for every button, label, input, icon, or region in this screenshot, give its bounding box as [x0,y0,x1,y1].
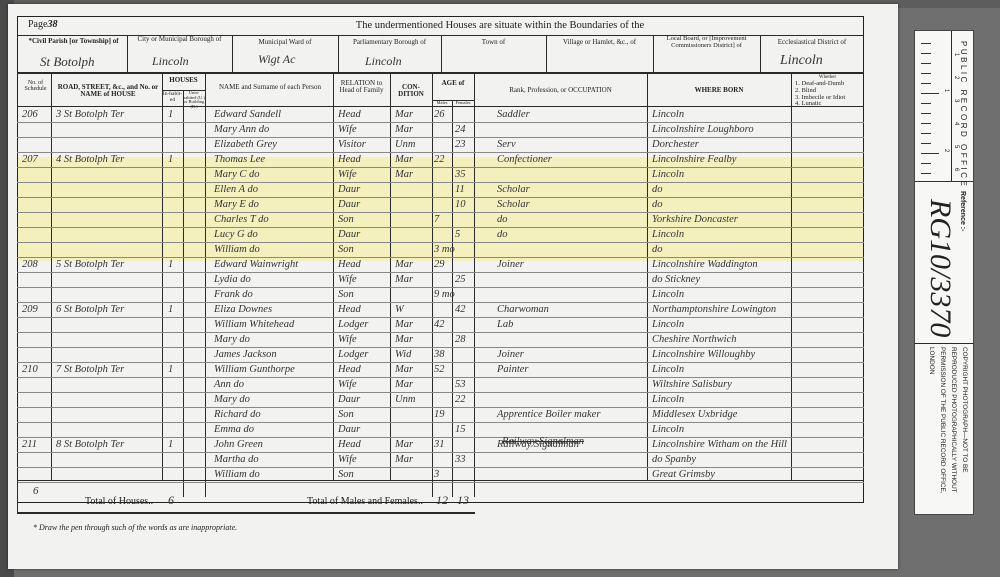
row-rule [17,347,864,348]
totals-schedules-mark: 6 [33,486,39,497]
cell-where-born: do Stickney [652,275,700,286]
row-rule [17,212,864,213]
col-header-occupation: Rank, Profession, or OCCUPATION [474,87,647,94]
cell-condition: Mar [395,110,413,121]
cell-occupation: Saddler [497,110,530,121]
cell-where-born: Lincoln [652,290,684,301]
row-rule [17,422,864,423]
cell-name: Lucy G do [214,230,258,241]
totals-males: 12 [436,494,448,506]
cell-female-age: 33 [455,455,466,466]
boundary-label-local-board: Local Board, or [Improvement Commissione… [653,36,760,50]
col-header-road: ROAD, STREET, &c., and No. or NAME of HO… [56,84,160,99]
row-rule [17,137,864,138]
rule [17,480,18,513]
row-rule [17,242,864,243]
cell-where-born: do Spanby [652,455,696,466]
cell-relation: Wife [338,125,357,136]
cell-where-born: Lincolnshire Witham on the Hill [652,440,787,451]
cell-schedule: 209 [22,305,38,316]
rule [17,106,864,107]
ruler-tick [921,43,931,44]
cell-where-born: do [652,200,663,211]
row-rule [17,437,864,438]
cell-relation: Head [338,155,361,166]
cell-where-born: Lincoln [652,425,684,436]
col-header-disabilities: 1. Deaf-and-Dumb 2. Blind 3. Imbecile or… [795,81,865,108]
cell-condition: Unm [395,395,415,406]
cell-female-age: 42 [455,305,466,316]
rule [17,72,864,74]
office-name: PUBLIC RECORD OFFICE [959,41,968,188]
cell-condition: Mar [395,275,413,286]
cell-inhabited: 1 [168,440,173,451]
cell-where-born: Lincolnshire Loughboro [652,125,754,136]
title-banner: The undermentioned Houses are situate wi… [300,20,700,31]
cell-female-age: 35 [455,170,466,181]
cell-name: Charles T do [214,215,269,226]
rule [51,74,52,480]
row-rule [17,197,864,198]
col-header-condition: CON-DITION [390,84,432,99]
cell-condition: Mar [395,440,413,451]
cell-name: William do [214,245,260,256]
cell-female-age: 28 [455,335,466,346]
cell-female-age: 10 [455,200,466,211]
cell-male-age: 52 [434,365,445,376]
ruler-tick [921,173,931,174]
cell-name: William Gunthorpe [214,365,295,376]
row-rule [17,407,864,408]
struck-occupation: Railway Signalman [502,437,584,448]
cell-where-born: Lincoln [652,365,684,376]
col-header-age: AGE of [432,80,474,87]
boundary-label-parliamentary: Parliamentary Borough of [338,39,441,46]
cell-name: Thomas Lee [214,155,265,166]
col-header-houses: HOUSES [162,77,205,84]
cell-occupation: do [497,215,508,226]
ruler-tick [921,73,931,74]
row-rule [17,392,864,393]
cell-road: 3 St Botolph Ter [56,110,124,121]
cell-inhabited: 1 [168,260,173,271]
cell-occupation: do [497,230,508,241]
reference-value: RG10/3370 [923,199,957,337]
ruler-cm-5: 5 [953,145,959,148]
cell-relation: Visitor [338,140,366,151]
cell-occupation: Serv [497,140,516,151]
cell-male-age: 9 mo [434,290,455,301]
ruler-cm-6: 6 [953,168,959,171]
cell-where-born: do [652,245,663,256]
public-record-office-label: PUBLIC RECORD OFFICE 1 2 1 2 3 4 5 6 Ref… [914,30,974,515]
cell-relation: Head [338,260,361,271]
ruler-tick [921,103,931,104]
cell-occupation: Joiner [497,260,524,271]
rule [333,74,334,480]
cell-condition: Mar [395,125,413,136]
cell-where-born: Lincoln [652,320,684,331]
boundary-label-ecclesiastical: Ecclesiastical District of [760,39,864,46]
copyright-notice: COPYRIGHT PHOTOGRAPH—NOT TO BE REPRODUCE… [920,347,970,507]
cell-inhabited: 1 [168,155,173,166]
totals-females: 13 [457,494,469,506]
cell-name: Frank do [214,290,253,301]
cell-name: Edward Wainwright [214,260,298,271]
totals-houses-label: Total of Houses.. [85,497,153,508]
cell-condition: Mar [395,455,413,466]
cell-relation: Head [338,440,361,451]
cell-name: Lydia do [214,275,251,286]
cell-inhabited: 1 [168,365,173,376]
cell-female-age: 15 [455,425,466,436]
cell-male-age: 26 [434,110,445,121]
cell-occupation: Lab [497,320,513,331]
cell-female-age: 23 [455,140,466,151]
row-rule [17,362,864,363]
cell-relation: Wife [338,380,357,391]
cell-road: 5 St Botolph Ter [56,260,124,271]
cell-occupation: Joiner [497,350,524,361]
cell-where-born: Northamptonshire Lowington [652,305,776,316]
cell-where-born: Cheshire Northwich [652,335,737,346]
cell-condition: Mar [395,365,413,376]
row-rule [17,122,864,123]
row-rule [17,152,864,153]
cell-name: Mary C do [214,170,260,181]
rule [915,343,973,344]
cell-relation: Head [338,365,361,376]
cell-where-born: Lincoln [652,230,684,241]
cell-relation: Head [338,305,361,316]
cell-where-born: Great Grimsby [652,470,715,481]
cell-condition: Mar [395,155,413,166]
cell-male-age: 31 [434,440,445,451]
cell-male-age: 3 [434,470,439,481]
rule [390,74,391,480]
rule [951,31,952,181]
cell-relation: Wife [338,275,357,286]
cell-occupation: Confectioner [497,155,552,166]
cell-name: Mary Ann do [214,125,269,136]
ruler-tick [921,163,931,164]
boundary-label-borough: City or Municipal Borough of [127,36,232,43]
col-header-relation: RELATION to Head of Family [333,80,390,95]
col-header-males: Males [432,101,452,106]
cell-name: Richard do [214,410,261,421]
row-rule [17,377,864,378]
col-header-schedule: No. of Schedule [20,80,51,93]
col-header-name: NAME and Surname of each Person [210,84,330,91]
boundary-label-parish: *Civil Parish [or Township] of [20,38,127,45]
cell-relation: Wife [338,335,357,346]
cell-where-born: Lincoln [652,170,684,181]
row-rule [17,272,864,273]
cell-relation: Son [338,410,354,421]
cell-name: Mary do [214,395,250,406]
cell-name: William Whitehead [214,320,294,331]
cell-name: Edward Sandell [214,110,281,121]
row-rule [17,182,864,183]
cell-road: 7 St Botolph Ter [56,365,124,376]
cell-name: Martha do [214,455,259,466]
totals-persons-label: Total of Males and Females.. [307,497,423,508]
cell-male-age: 38 [434,350,445,361]
cell-condition: Mar [395,380,413,391]
cell-relation: Daur [338,395,360,406]
col-header-where-born: WHERE BORN [647,87,791,94]
cell-relation: Wife [338,170,357,181]
cell-condition: Mar [395,260,413,271]
cell-relation: Daur [338,230,360,241]
ruler-cm-1: 1 [953,53,959,56]
cell-where-born: Lincolnshire Willoughby [652,350,755,361]
row-rule [17,227,864,228]
cell-condition: Mar [395,320,413,331]
row-rule [17,482,864,483]
boundary-value-ward: Wigt Ac [258,53,295,65]
rule [791,74,792,480]
cell-name: Mary do [214,335,250,346]
row-rule [17,452,864,453]
page-label-text: Page [28,19,47,30]
ruler-tick [921,93,939,94]
cell-relation: Son [338,470,354,481]
boundary-value-parish: St Botolph [40,55,95,68]
cell-male-age: 29 [434,260,445,271]
cell-schedule: 207 [22,155,38,166]
boundary-value-ecclesiastical: Lincoln [780,54,823,68]
cell-male-age: 7 [434,215,439,226]
page-number: 38 [47,19,57,30]
cell-where-born: Wiltshire Salisbury [652,380,732,391]
cell-occupation: Scholar [497,185,530,196]
ruler-tick [921,123,931,124]
cell-schedule: 206 [22,110,38,121]
cell-male-age: 22 [434,155,445,166]
boundary-label-village: Village or Hamlet, &c., of [546,39,653,46]
cell-where-born: Lincoln [652,110,684,121]
row-rule [17,302,864,303]
cell-female-age: 24 [455,125,466,136]
boundary-value-parliamentary: Lincoln [365,55,402,67]
ruler-tick [921,133,931,134]
ruler-tick [921,83,931,84]
cell-name: Eliza Downes [214,305,272,316]
rule [17,480,864,481]
cell-male-age: 19 [434,410,445,421]
cell-name: William do [214,470,260,481]
ruler-cm-2: 2 [953,76,959,79]
totals-houses-value: 6 [168,494,174,506]
cell-condition: Mar [395,170,413,181]
cell-occupation: Painter [497,365,529,376]
cell-name: Ann do [214,380,244,391]
rule [647,74,648,480]
footnote: * Draw the pen through such of the words… [33,523,237,532]
ruler-tick [921,53,931,54]
rule [17,512,475,514]
cell-name: Mary E do [214,200,259,211]
boundary-label-ward: Municipal Ward of [232,39,338,46]
cell-condition: Mar [395,335,413,346]
cell-relation: Lodger [338,320,368,331]
ruler-inch-1: 1 [943,89,949,92]
cell-where-born: Lincolnshire Fealby [652,155,736,166]
row-rule [17,332,864,333]
cell-relation: Son [338,215,354,226]
rule [162,74,163,480]
row-rule [17,287,864,288]
row-rule [17,257,864,258]
col-header-females: Females [452,101,474,106]
ruler-inch-2: 2 [943,149,949,152]
cell-female-age: 5 [455,230,460,241]
cell-where-born: Dorchester [652,140,699,151]
cell-relation: Daur [338,200,360,211]
ruler: PUBLIC RECORD OFFICE 1 2 1 2 3 4 5 6 [915,31,973,182]
boundary-label-town: Town of [441,39,546,46]
ruler-tick [921,63,931,64]
cell-male-age: 42 [434,320,445,331]
col-header-inhabited: In-habit-ed [162,92,183,104]
cell-relation: Wife [338,455,357,466]
row-rule [17,467,864,468]
ruler-cm-4: 4 [953,122,959,125]
cell-condition: W [395,305,404,316]
cell-name: Emma do [214,425,254,436]
cell-inhabited: 1 [168,305,173,316]
cell-male-age: 3 mo [434,245,455,256]
cell-road: 6 St Botolph Ter [56,305,124,316]
copyright-block: COPYRIGHT PHOTOGRAPH—NOT TO BE REPRODUCE… [920,347,970,507]
cell-relation: Son [338,245,354,256]
cell-occupation: Apprentice Boiler maker [497,410,600,421]
cell-occupation: Scholar [497,200,530,211]
page-label: Page38 [28,20,57,31]
cell-road: 4 St Botolph Ter [56,155,124,166]
cell-where-born: Lincolnshire Waddington [652,260,758,271]
cell-where-born: Lincoln [652,395,684,406]
boundary-value-borough: Lincoln [152,55,189,67]
cell-female-age: 53 [455,380,466,391]
row-rule [17,167,864,168]
reference-label: Reference :- [959,191,966,231]
cell-relation: Daur [338,425,360,436]
cell-name: James Jackson [214,350,277,361]
col-header-uninhabited: Unin-habited (U.) or Building (B.) [183,91,205,110]
cell-occupation: Charwoman [497,305,549,316]
cell-relation: Son [338,290,354,301]
ruler-tick [921,153,939,154]
ruler-tick [921,113,931,114]
cell-relation: Head [338,110,361,121]
cell-relation: Daur [338,185,360,196]
row-rule [17,317,864,318]
ruler-tick [921,143,931,144]
cell-schedule: 210 [22,365,38,376]
cell-where-born: Middlesex Uxbridge [652,410,737,421]
cell-female-age: 11 [455,185,465,196]
cell-schedule: 208 [22,260,38,271]
cell-where-born: Yorkshire Doncaster [652,215,738,226]
cell-name: Ellen A do [214,185,258,196]
disability-4: 4. Lunatic [795,101,865,108]
cell-inhabited: 1 [168,110,173,121]
ruler-cm-3: 3 [953,99,959,102]
cell-condition: Unm [395,140,415,151]
cell-condition: Wid [395,350,411,361]
cell-schedule: 211 [22,440,37,451]
cell-female-age: 25 [455,275,466,286]
cell-female-age: 22 [455,395,466,406]
cell-name: John Green [214,440,263,451]
cell-name: Elizabeth Grey [214,140,277,151]
cell-relation: Lodger [338,350,368,361]
cell-where-born: do [652,185,663,196]
cell-road: 8 St Botolph Ter [56,440,124,451]
